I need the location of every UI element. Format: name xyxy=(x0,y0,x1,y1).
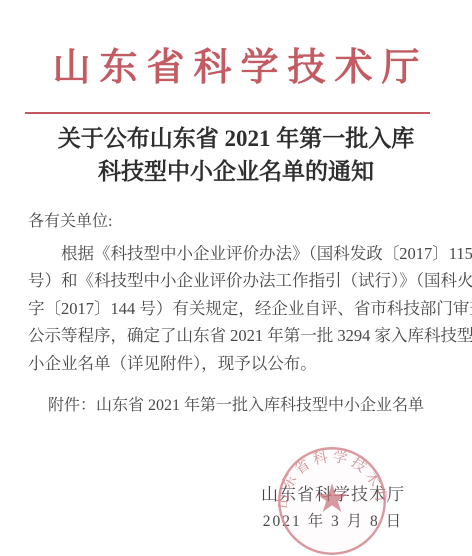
paragraph-line: 号）和《科技型中小企业评价办法工作指引（试行）》（国科火 xyxy=(28,267,452,294)
signature-agency: 山东省科学技术厅 xyxy=(242,483,424,507)
agency-masthead: 山东省科学技术厅 xyxy=(0,42,472,94)
paragraph-line: 字〔2017〕144 号）有关规定，经企业自评、省市科技部门审查、 xyxy=(28,295,452,322)
signature-date: 2021 年 3 月 8 日 xyxy=(242,510,424,534)
signature-block: 山东省科学技术厅 2021 年 3 月 8 日 xyxy=(242,483,424,534)
paragraph-line: 小企业名单（详见附件），现予以公布。 xyxy=(28,350,452,377)
document-title: 关于公布山东省 2021 年第一批入库 科技型中小企业名单的通知 xyxy=(0,122,472,188)
attachment-line: 附件：山东省 2021 年第一批入库科技型中小企业名单 xyxy=(48,392,424,419)
document-title-line2: 科技型中小企业名单的通知 xyxy=(0,155,472,188)
document-title-line1: 关于公布山东省 2021 年第一批入库 xyxy=(0,122,472,155)
paragraph-line: 公示等程序，确定了山东省 2021 年第一批 3294 家入库科技型中 xyxy=(28,322,452,349)
salutation: 各有关单位: xyxy=(28,208,112,235)
paragraph-line: 根据《科技型中小企业评价办法》（国科发政〔2017〕115 xyxy=(28,240,452,267)
masthead-divider xyxy=(25,112,430,114)
document-page: 山东省科学技术厅 关于公布山东省 2021 年第一批入库 科技型中小企业名单的通… xyxy=(0,0,472,556)
body-paragraph: 根据《科技型中小企业评价办法》（国科发政〔2017〕115 号）和《科技型中小企… xyxy=(28,240,452,377)
